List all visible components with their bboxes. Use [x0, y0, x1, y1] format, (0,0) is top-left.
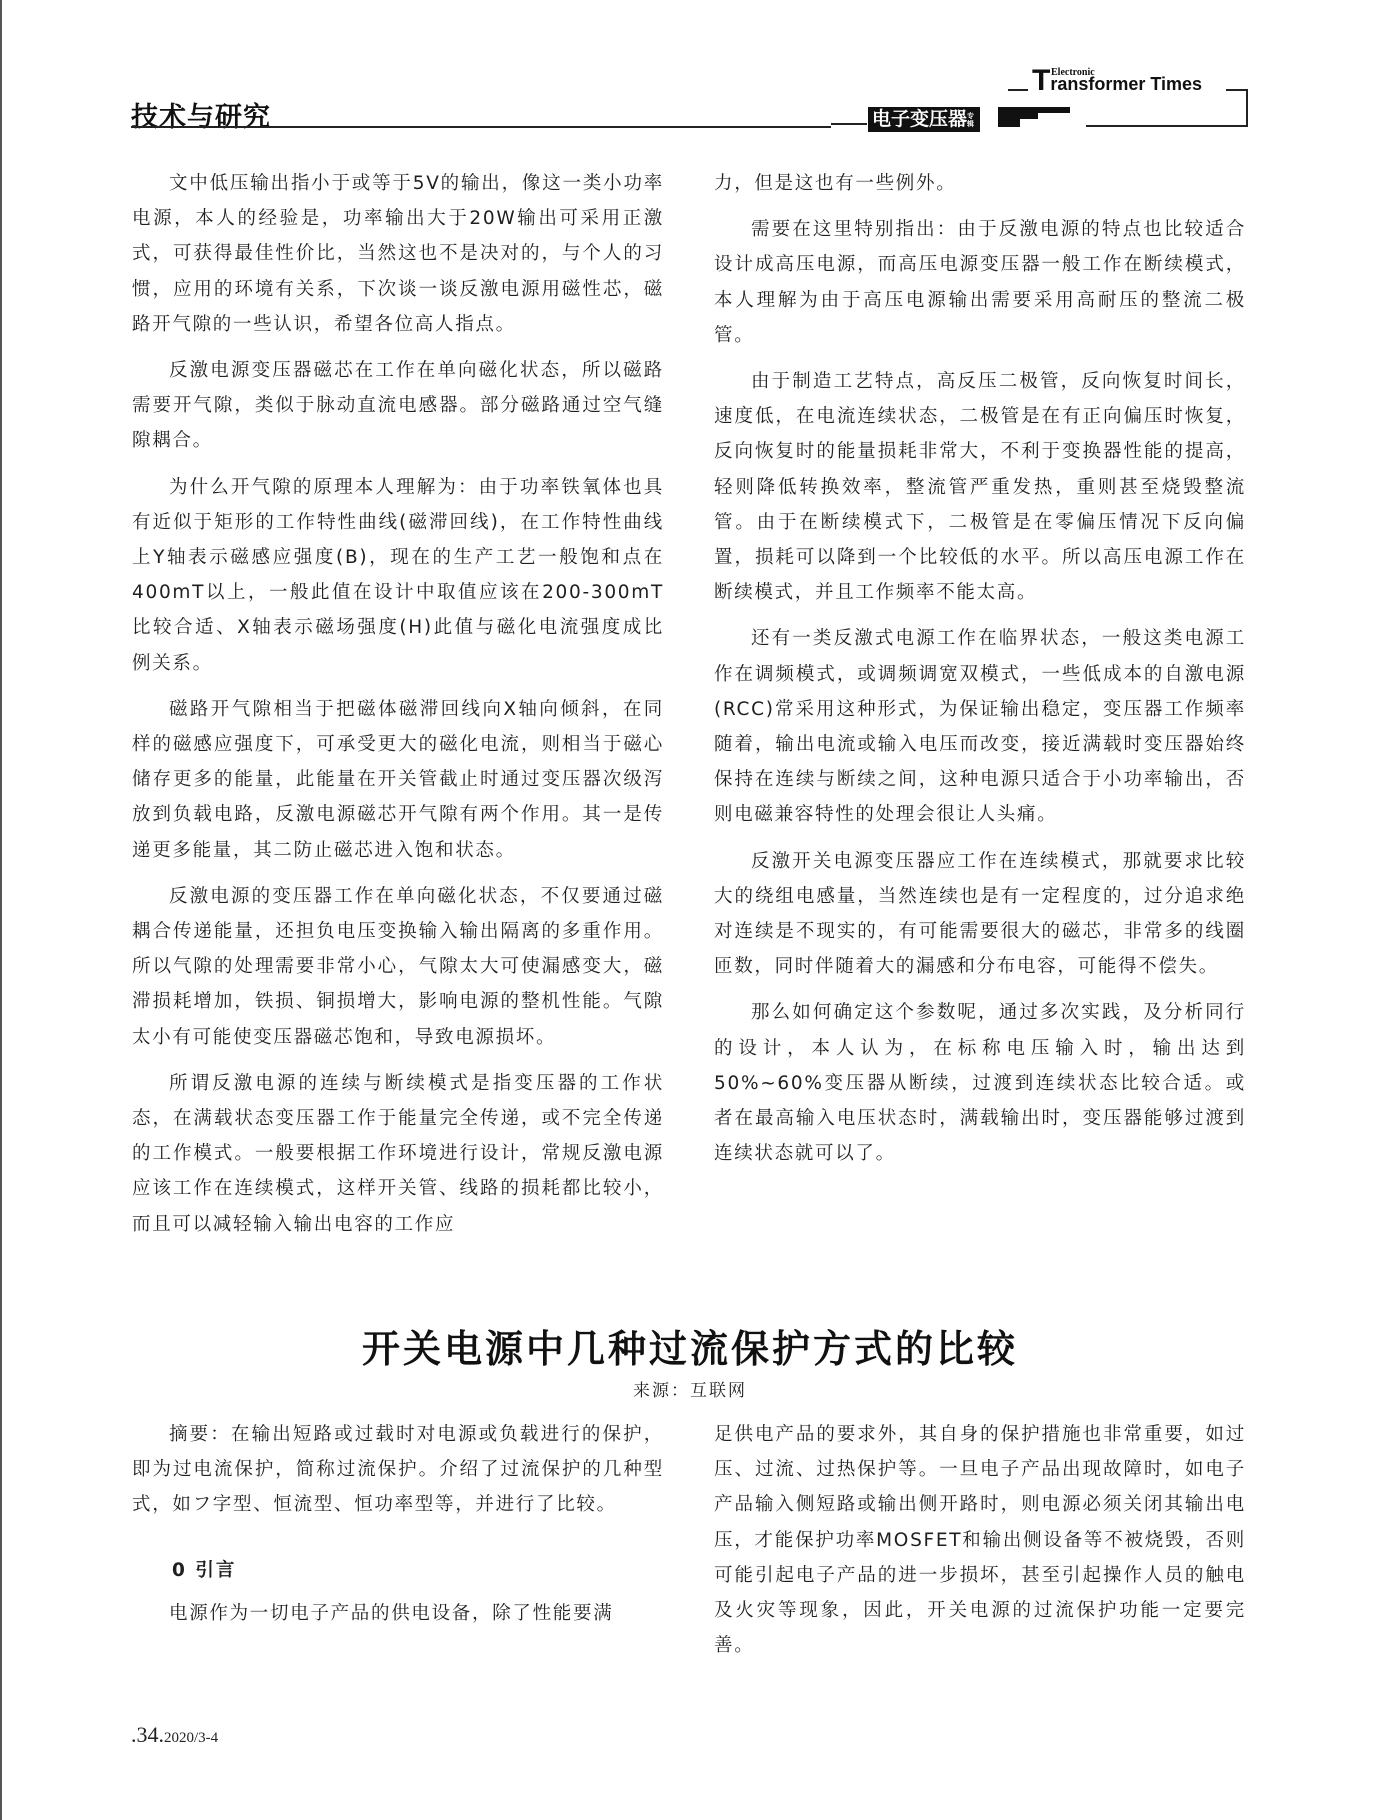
- section-heading: 0 引言: [132, 1553, 664, 1588]
- paragraph-continuation: 力，但是这也有一些例外。: [714, 166, 1246, 201]
- logo-decoration: [998, 119, 1020, 127]
- page-header: 技术与研究 电子变压器专辑 TElectronicransformer Time…: [0, 0, 1380, 140]
- paragraph: 反激电源变压器磁芯在工作在单向磁化状态，所以磁路需要开气隙，类似于脉动直流电感器…: [132, 353, 664, 459]
- article2-left-column: 摘要：在输出短路或过载时对电源或负载进行的保护，即为过电流保护，简称过流保护。介…: [132, 1417, 664, 1642]
- brand-electronic: Electronic: [1051, 67, 1095, 78]
- brand-rule-bottom: [1086, 125, 1248, 127]
- article1-right-column: 力，但是这也有一些例外。 需要在这里特别指出：由于反激电源的特点也比较适合设计成…: [714, 166, 1246, 1182]
- paragraph: 文中低压输出指小于或等于5V的输出，像这一类小功率电源，本人的经验是，功率输出大…: [132, 166, 664, 342]
- logo-cn-text: 电子变压器: [872, 108, 967, 130]
- magazine-brand-en: TElectronicransformer Times: [1032, 66, 1202, 96]
- page-edge-line: [0, 0, 2, 1820]
- paragraph: 反激电源的变压器工作在单向磁化状态，不仅要通过磁耦合传递能量，还担负电压变换输入…: [132, 879, 664, 1055]
- article-title: 开关电源中几种过流保护方式的比较: [0, 1318, 1380, 1373]
- paragraph: 电源作为一切电子产品的供电设备，除了性能要满: [132, 1596, 664, 1631]
- paragraph: 为什么开气隙的原理本人理解为：由于功率铁氧体也具有近似于矩形的工作特性曲线(磁滞…: [132, 470, 664, 681]
- page-footer: .34.2020/3-4: [131, 1722, 218, 1748]
- paragraph: 由于制造工艺特点，高反压二极管，反向恢复时间长，速度低，在电流连续状态，二极管是…: [714, 364, 1246, 610]
- brand-initial: T: [1032, 66, 1050, 96]
- paragraph-continuation: 足供电产品的要求外，其自身的保护措施也非常重要，如过压、过流、过热保护等。一旦电…: [714, 1417, 1246, 1663]
- abstract: 摘要：在输出短路或过载时对电源或负载进行的保护，即为过电流保护，简称过流保护。介…: [132, 1417, 664, 1523]
- logo-small-text: 专辑: [967, 112, 976, 128]
- issue-date: 2020/3-4: [164, 1730, 218, 1746]
- brand-rule-vertical: [1246, 89, 1248, 127]
- paragraph: 磁路开气隙相当于把磁体磁滞回线向X轴向倾斜，在同样的磁感应强度下，可承受更大的磁…: [132, 692, 664, 868]
- paragraph: 还有一类反激式电源工作在临界状态，一般这类电源工作在调频模式，或调频调宽双模式，…: [714, 621, 1246, 832]
- paragraph: 需要在这里特别指出：由于反激电源的特点也比较适合设计成高压电源，而高压电源变压器…: [714, 212, 1246, 353]
- article2-right-column: 足供电产品的要求外，其自身的保护措施也非常重要，如过压、过流、过热保护等。一旦电…: [714, 1417, 1246, 1674]
- article-source: 来源：互联网: [0, 1376, 1380, 1401]
- header-rule: [131, 126, 831, 128]
- section-title: 技术与研究: [131, 95, 271, 134]
- magazine-logo-cn: 电子变压器专辑: [868, 107, 980, 132]
- paragraph: 所谓反激电源的连续与断续模式是指变压器的工作状态，在满载状态变压器工作于能量完全…: [132, 1066, 664, 1242]
- header-rule-short: [831, 123, 867, 125]
- article1-left-column: 文中低压输出指小于或等于5V的输出，像这一类小功率电源，本人的经验是，功率输出大…: [132, 166, 664, 1253]
- brand-rule-left: [1008, 89, 1028, 91]
- paragraph: 反激开关电源变压器应工作在连续模式，那就要求比较大的绕组电感量，当然连续也是有一…: [714, 844, 1246, 985]
- page-number: .34.: [131, 1722, 164, 1747]
- brand-rule-right: [1226, 89, 1246, 91]
- paragraph: 那么如何确定这个参数呢，通过多次实践，及分析同行的设计，本人认为，在标称电压输入…: [714, 995, 1246, 1171]
